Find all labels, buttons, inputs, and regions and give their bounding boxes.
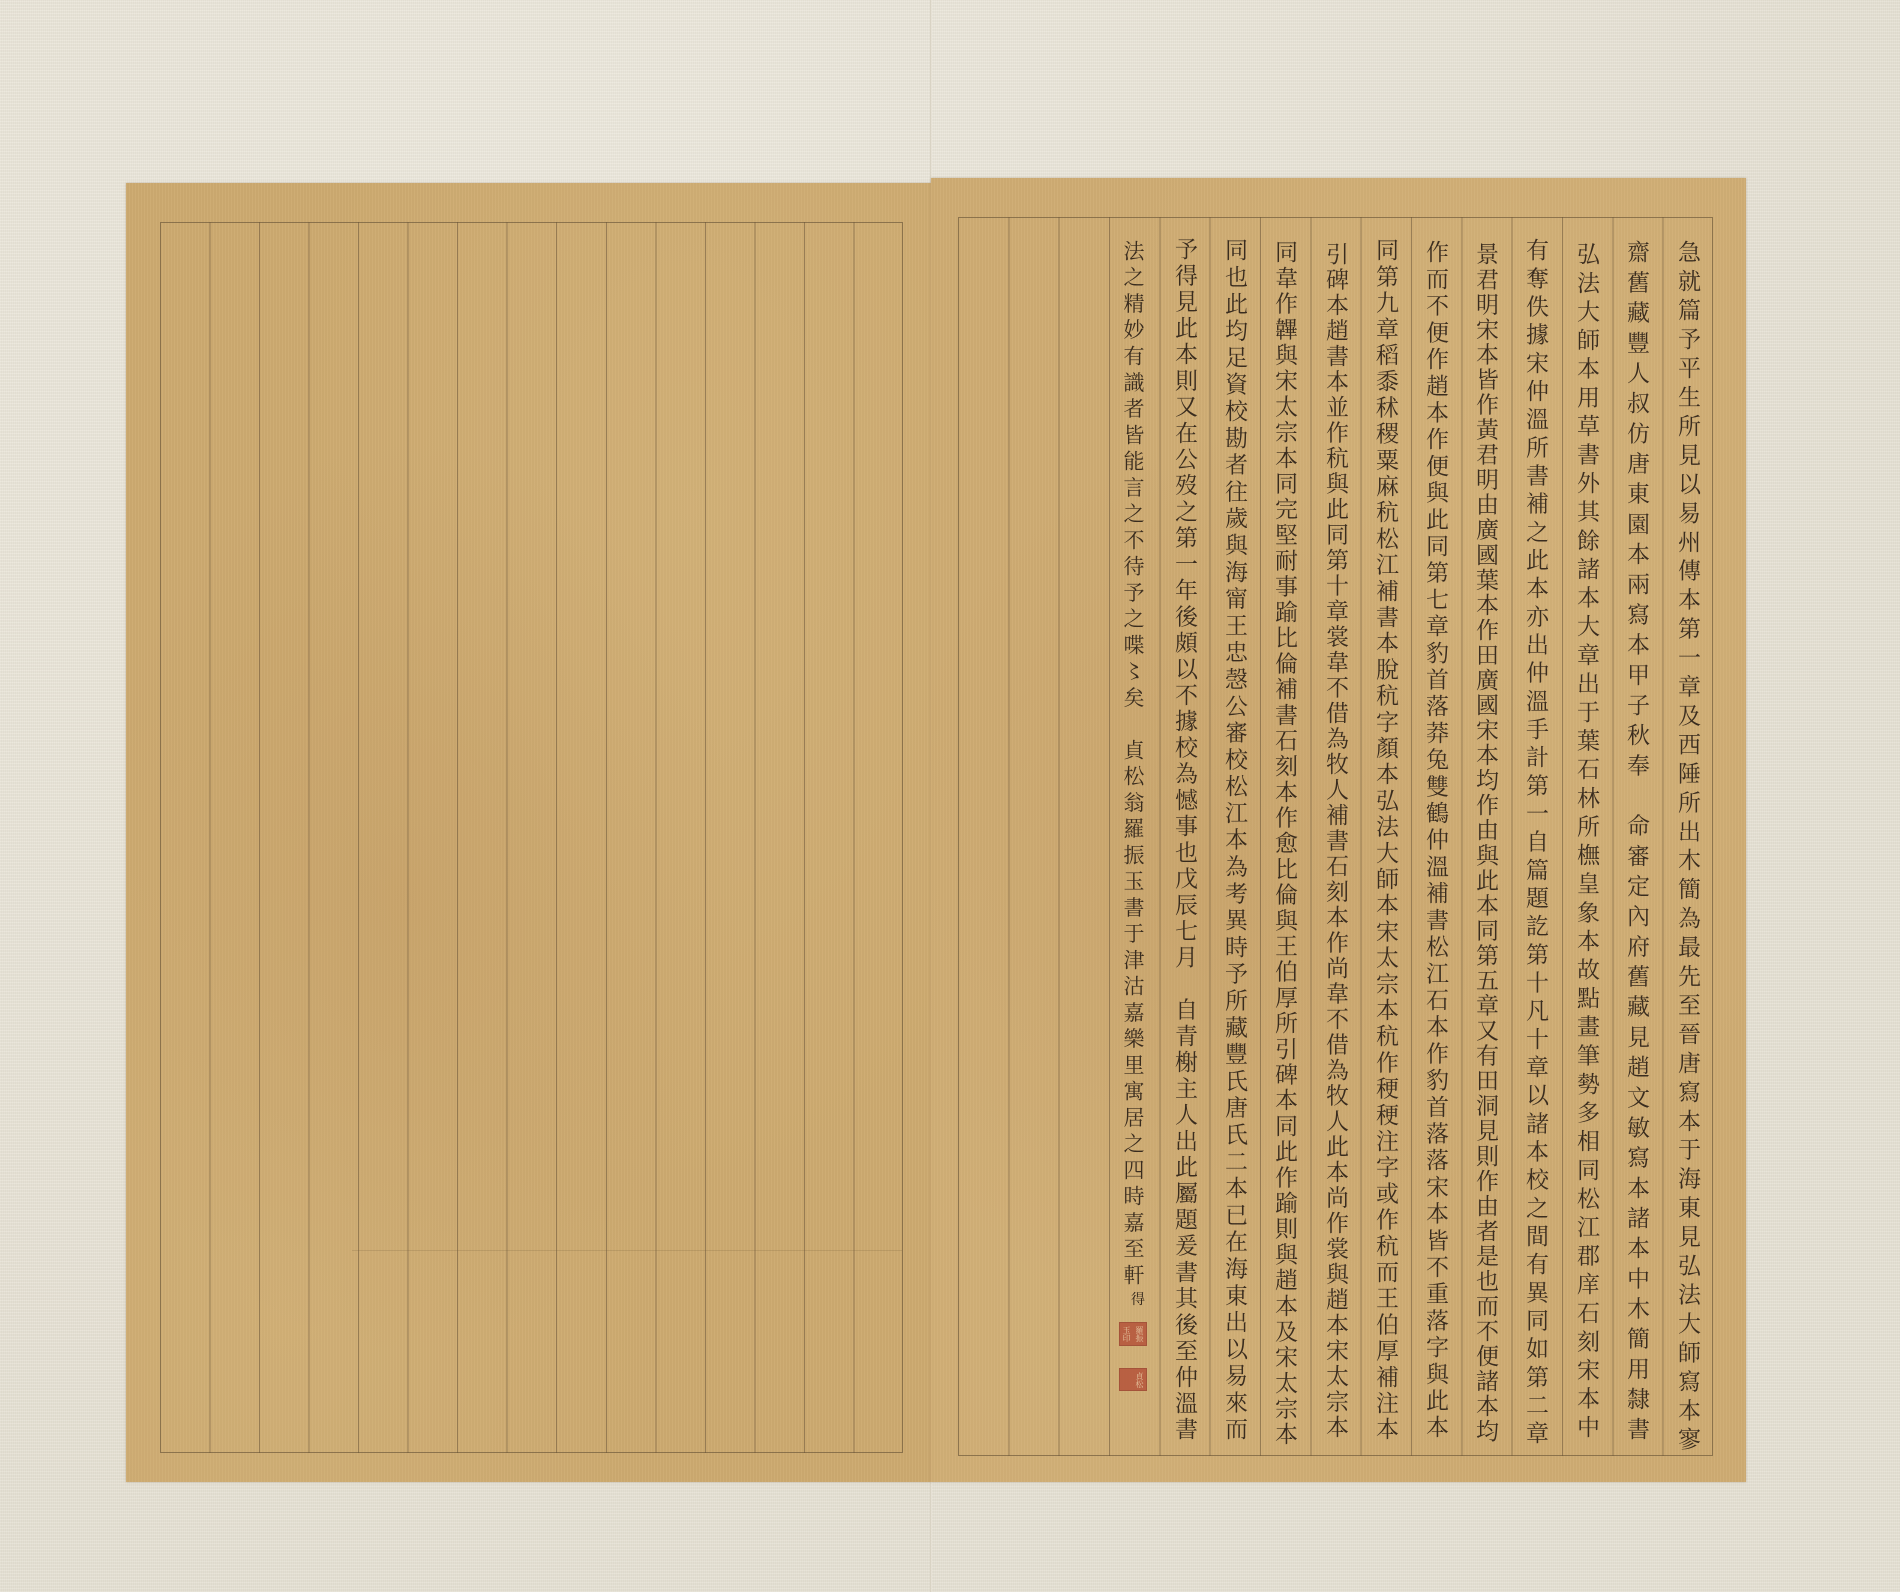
text-column-5: 景君明宋本皆作黃君明由廣國葉本作田廣國宋本均作由與此本同第五章又有田洞見則作由者… bbox=[1460, 242, 1510, 1442]
text-column-7: 同第九章稻黍秫稷粟麻秔松江補書本脫秔字顏本弘法大師本宋太宗本秔作稉稉注字或作秔而… bbox=[1360, 238, 1410, 1440]
red-seal-1: 羅振玉印 bbox=[1119, 1322, 1147, 1346]
text-column-3: 弘法大師本用草書外其餘諸本大章出于葉石林所橅皇象本故點畫筆勢多相同松江郡庠石刻宋… bbox=[1561, 242, 1611, 1438]
signature-mark: 得 bbox=[1129, 1290, 1147, 1310]
text-column-11: 予得見此本則又在公歿之第一年後頗以不據校為憾事也戊辰七月 自青榭主人出此屬題爰書… bbox=[1159, 237, 1209, 1440]
text-column-10: 同也此均足資校勘者往歲與海甯王忠愨公審校松江本為考異時予所藏豐氏唐氏二本已在海東… bbox=[1209, 238, 1259, 1440]
red-seal-2: 貞松 bbox=[1119, 1368, 1147, 1391]
text-column-1: 急就篇予平生所見以易州傳本第一章及西陲所出木簡為最先至晉唐寫本于海東見弘法大師寫… bbox=[1662, 240, 1712, 1450]
text-column-6: 作而不便作趙本作便與此同第七章豹首落莽兔雙鶴仲溫補書松江石本作豹首落落宋本皆不重… bbox=[1410, 240, 1460, 1438]
text-column-8: 引碑本趙書本並作秔與此同第十章裳韋不借為牧人補書石刻本作尚韋不借為牧人此本尚作裳… bbox=[1310, 242, 1360, 1438]
text-column-2: 齋舊藏豐人叔仿唐東園本兩寫本甲子秋奉 命審定內府舊藏見趙文敏寫本諸本中木簡用隸書 bbox=[1611, 240, 1661, 1440]
text-column-12-signature: 法之精妙有識者皆能言之不待予之喋〻矣 貞松翁羅振玉書于津沽嘉樂里寓居之四時嘉至軒 bbox=[1108, 240, 1158, 1285]
text-column-4: 有奪佚據宋仲溫所書補之此本亦出仲溫手計第一自篇題訖第十凡十章以諸本校之間有異同如… bbox=[1510, 238, 1560, 1444]
text-column-9: 同韋作韠與宋太宗本同完堅耐事踰比倫補書石刻本作愈比倫與王伯厚所引碑本同此作踰則與… bbox=[1259, 240, 1309, 1445]
left-page-ruled-grid bbox=[160, 222, 903, 1453]
paper-crease bbox=[352, 1250, 902, 1251]
